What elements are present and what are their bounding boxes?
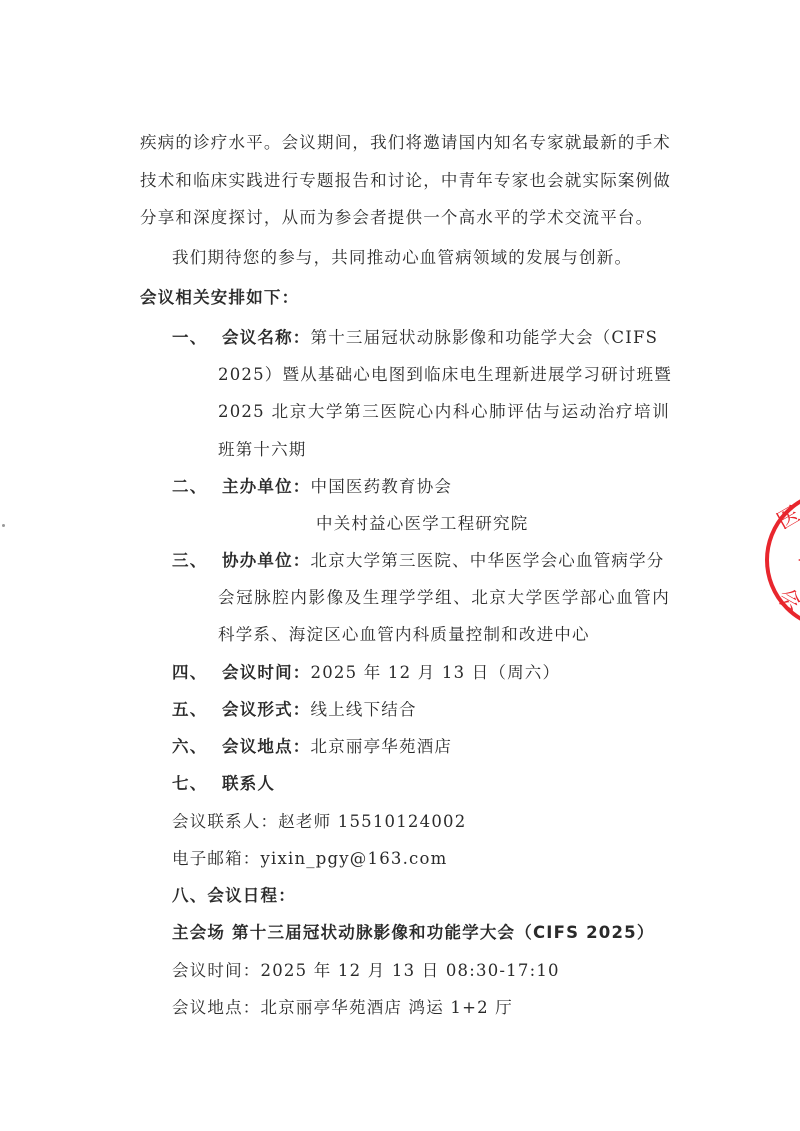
document-page: 疾病的诊疗水平。会议期间，我们将邀请国内知名专家就最新的手术 技术和临床实践进行… [0, 0, 800, 1131]
seal-char-2: 会 [773, 584, 800, 617]
item-name-line-4: 班第十六期 [218, 439, 670, 461]
item-format: 五、会议形式：线上线下结合 [172, 699, 670, 721]
item-label: 主办单位： [222, 477, 311, 496]
seal-char-1: 医 [773, 502, 800, 535]
item-value: 线上线下结合 [311, 700, 417, 719]
contact-person: 会议联系人：赵老师 15510124002 [172, 811, 670, 833]
intro-line-2: 技术和临床实践进行专题报告和讨论，中青年专家也会就实际案例做 [140, 170, 670, 192]
item-label: 联系人 [222, 774, 275, 793]
item-number: 六、 [172, 736, 222, 758]
item-number: 三、 [172, 550, 222, 572]
item-value: 北京大学第三医院、中华医学会心血管病学分 [311, 551, 665, 570]
item-number: 四、 [172, 662, 222, 684]
item-label: 会议地点： [222, 737, 311, 756]
arrangements-heading: 会议相关安排如下： [140, 287, 670, 309]
item-host: 二、主办单位：中国医药教育协会 [172, 476, 670, 498]
item-number: 二、 [172, 476, 222, 498]
scan-speck [2, 524, 5, 527]
item-location: 六、会议地点：北京丽亭华苑酒店 [172, 736, 670, 758]
item-co-host-line-3: 科学系、海淀区心血管内科质量控制和改进中心 [218, 624, 670, 646]
item-contact: 七、联系人 [172, 773, 670, 795]
item-value: 中国医药教育协会 [311, 477, 453, 496]
main-venue-title: 主会场 第十三届冠状动脉影像和功能学大会（CIFS 2025） [172, 922, 670, 944]
item-number: 七、 [172, 773, 222, 795]
schedule-heading: 八、会议日程： [172, 885, 670, 907]
item-number: 一、 [172, 327, 222, 349]
intro-line-3: 分享和深度探讨，从而为参会者提供一个高水平的学术交流平台。 [140, 207, 670, 229]
item-co-host: 三、协办单位：北京大学第三医院、中华医学会心血管病学分 [172, 550, 670, 572]
item-value: 北京丽亭华苑酒店 [311, 737, 453, 756]
contact-email: 电子邮箱：yixin_pgy@163.com [172, 848, 670, 870]
item-value: 第十三届冠状动脉影像和功能学大会（CIFS [311, 328, 659, 347]
item-number: 五、 [172, 699, 222, 721]
item-label: 会议时间： [222, 663, 311, 682]
item-name: 一、会议名称：第十三届冠状动脉影像和功能学大会（CIFS [172, 327, 670, 349]
schedule-time: 会议时间：2025 年 12 月 13 日 08:30-17:10 [172, 960, 670, 982]
intro-line-1: 疾病的诊疗水平。会议期间，我们将邀请国内知名专家就最新的手术 [140, 132, 670, 154]
item-label: 会议形式： [222, 700, 311, 719]
item-co-host-line-2: 会冠脉腔内影像及生理学学组、北京大学医学部心血管内 [218, 587, 670, 609]
schedule-location: 会议地点：北京丽亭华苑酒店 鸿运 1+2 厅 [172, 997, 670, 1019]
item-label: 协办单位： [222, 551, 311, 570]
item-label: 会议名称： [222, 328, 311, 347]
official-seal-icon: 医 会 [760, 485, 800, 635]
item-host-line-2: 中关村益心医学工程研究院 [316, 513, 800, 535]
item-name-line-3: 2025 北京大学第三医院心内科心肺评估与运动治疗培训 [218, 401, 670, 423]
closing-line: 我们期待您的参与，共同推动心血管病领域的发展与创新。 [172, 247, 702, 269]
item-time: 四、会议时间：2025 年 12 月 13 日（周六） [172, 662, 670, 684]
item-value: 2025 年 12 月 13 日（周六） [311, 663, 561, 682]
item-name-line-2: 2025）暨从基础心电图到临床电生理新进展学习研讨班暨 [218, 364, 670, 386]
